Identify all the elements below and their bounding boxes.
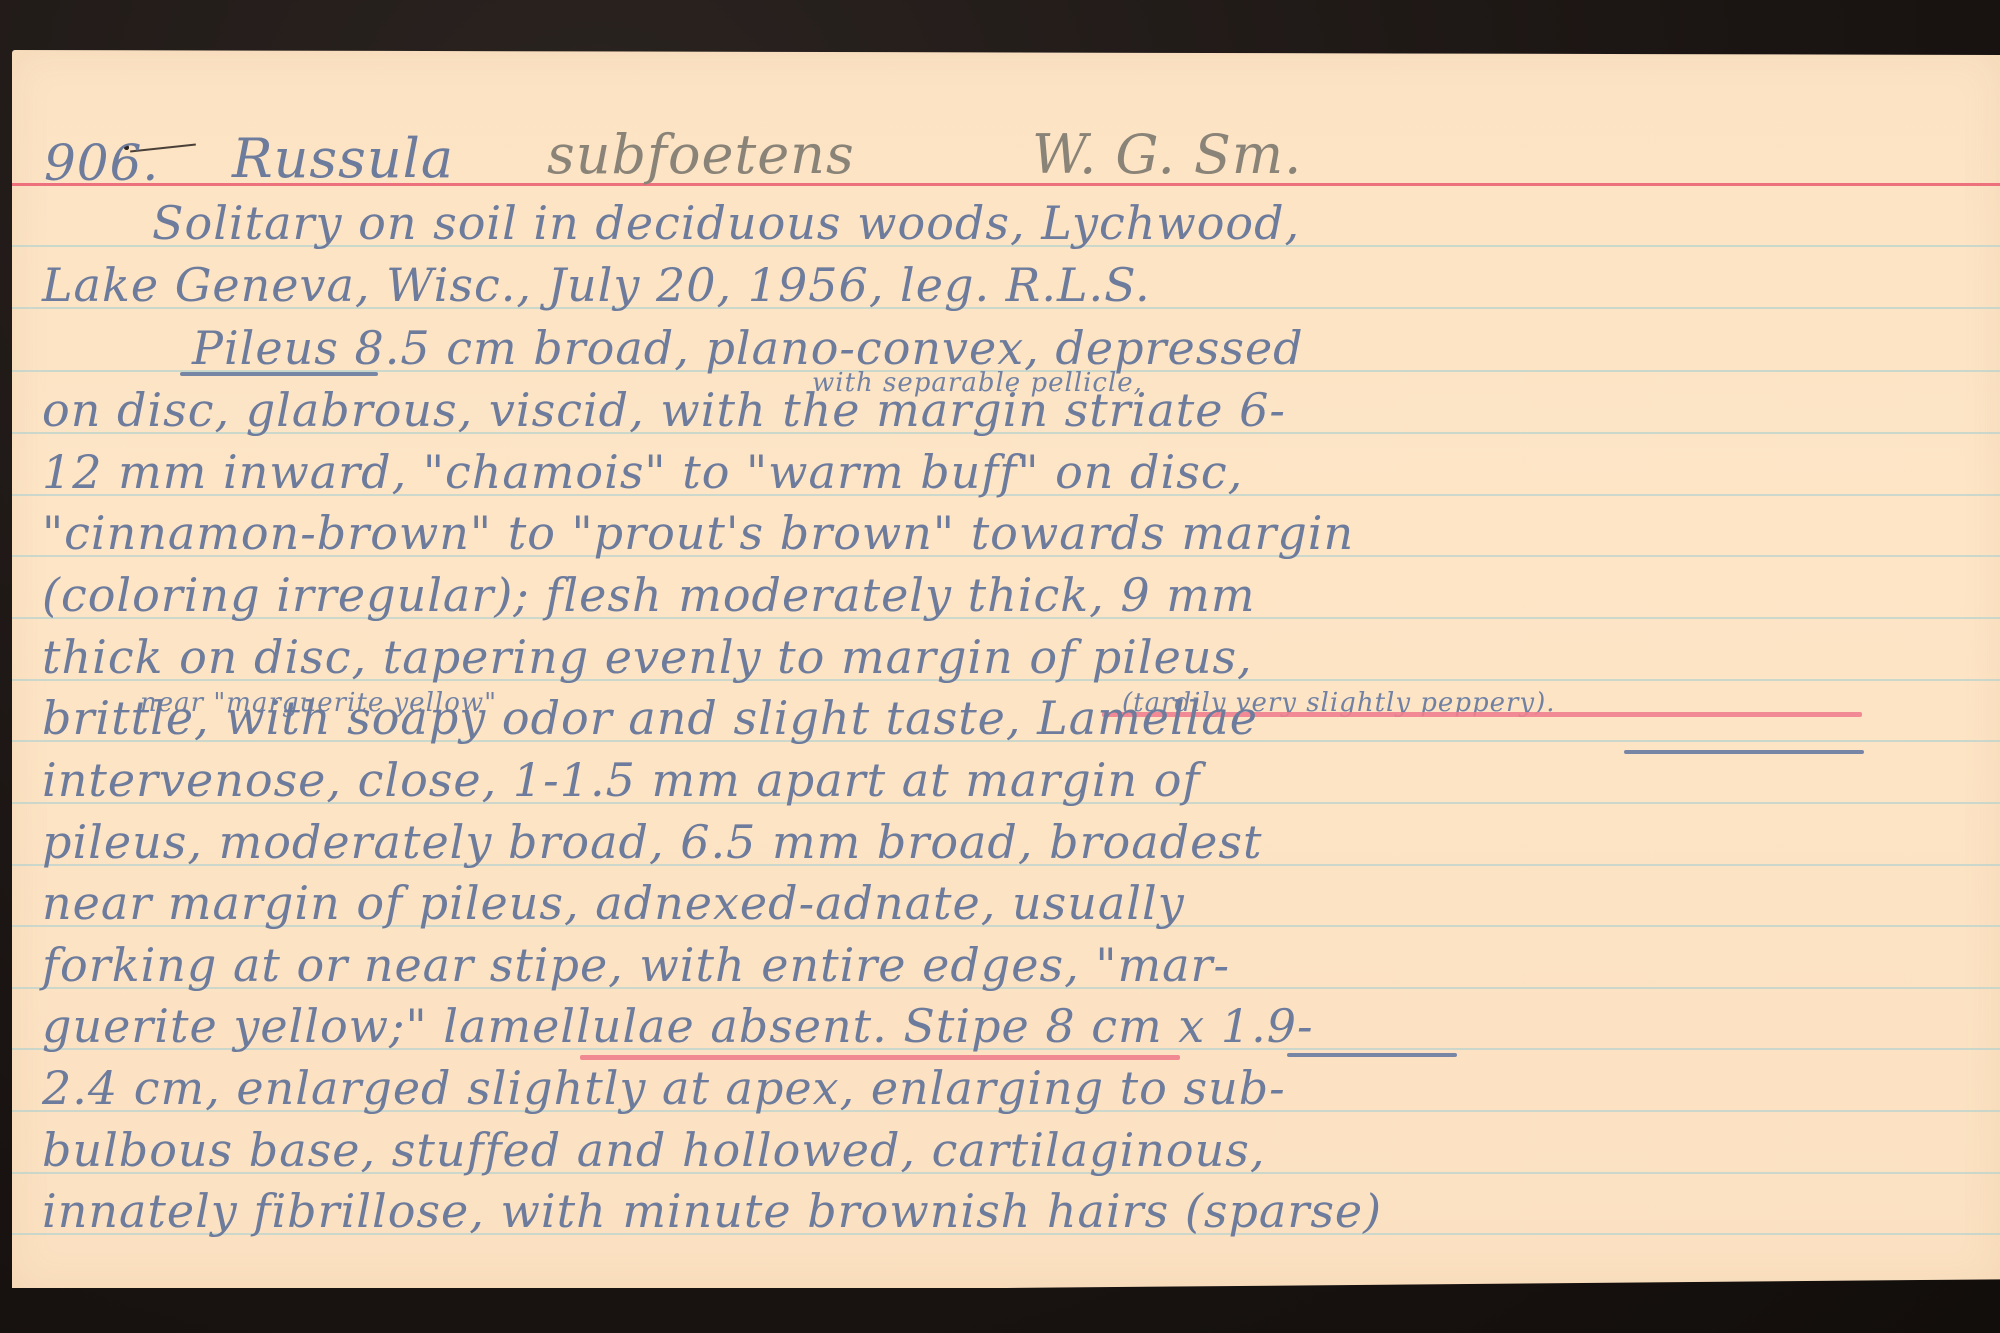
text-line-9: brittle, with soapy odor and slight tast… <box>42 695 1258 741</box>
text-line-10: intervenose, close, 1-1.5 mm apart at ma… <box>42 757 1200 803</box>
specimen-number: 906. <box>44 138 159 188</box>
stipe-underline <box>1287 1053 1457 1057</box>
text-line-4: on disc, glabrous, viscid, with the marg… <box>42 387 1286 433</box>
text-line-13: forking at or near stipe, with entire ed… <box>42 942 1230 988</box>
text-line-8: thick on disc, tapering evenly to margin… <box>42 634 1253 680</box>
genus-name: Russula <box>232 132 454 186</box>
lamellulae-red-underline <box>580 1055 1180 1060</box>
text-line-5: 12 mm inward, "chamois" to "warm buff" o… <box>42 449 1243 495</box>
text-line-14: guerite yellow;" lamellulae absent. Stip… <box>42 1003 1314 1049</box>
species-author: W. G. Sm. <box>1032 128 1302 182</box>
text-line-15: 2.4 cm, enlarged slightly at apex, enlar… <box>42 1065 1286 1111</box>
text-line-2: Lake Geneva, Wisc., July 20, 1956, leg. … <box>42 262 1151 308</box>
text-line-16: bulbous base, stuffed and hollowed, cart… <box>42 1127 1265 1173</box>
text-line-6: "cinnamon-brown" to "prout's brown" towa… <box>42 510 1354 556</box>
text-line-11: pileus, moderately broad, 6.5 mm broad, … <box>42 819 1262 865</box>
text-line-17: innately fibrillose, with minute brownis… <box>42 1188 1382 1234</box>
text-line-3: Pileus 8.5 cm broad, plano-convex, depre… <box>192 325 1304 371</box>
text-line-7: (coloring irregular); flesh moderately t… <box>42 572 1255 618</box>
pileus-underline <box>180 372 378 376</box>
text-line-1: Solitary on soil in deciduous woods, Lyc… <box>152 200 1300 246</box>
lamellae-underline <box>1624 750 1864 754</box>
index-card: 906. Russula subfoetens W. G. Sm. Solita… <box>12 50 2000 1288</box>
text-line-12: near margin of pileus, adnexed-adnate, u… <box>42 880 1185 926</box>
species-epithet: subfoetens <box>547 128 855 182</box>
